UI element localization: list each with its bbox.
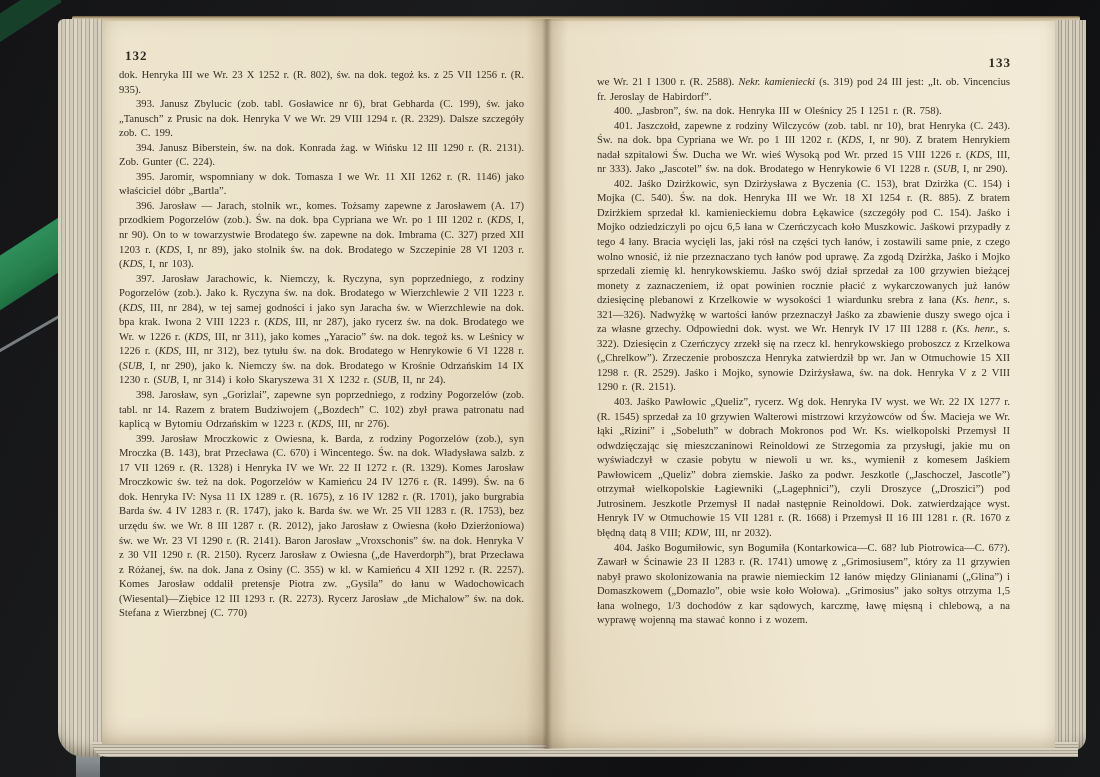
entry-paragraph: 393. Janusz Zbylucic (zob. tabl. Gosławi… xyxy=(119,98,524,142)
page-number-right: 133 xyxy=(989,55,1012,71)
entry-paragraph: 400. „Jasbron”, św. na dok. Henryka III … xyxy=(597,105,1010,120)
entry-paragraph: 404. Jaśko Bogumiłowic, syn Bogumiła (Ko… xyxy=(597,542,1010,629)
right-page: 133 we Wr. 21 I 1300 r. (R. 2588). Nekr.… xyxy=(546,21,1055,748)
entry-paragraph: dok. Henryka III we Wr. 23 X 1252 r. (R.… xyxy=(119,69,524,98)
book-right-page-edges xyxy=(1055,20,1086,751)
entry-paragraph: 399. Jarosław Mroczkowic z Owiesna, k. B… xyxy=(119,433,524,622)
entry-paragraph: 401. Jaszczołd, zapewne z rodziny Wilczy… xyxy=(597,120,1010,178)
entry-paragraph: we Wr. 21 I 1300 r. (R. 2588). Nekr. kam… xyxy=(597,76,1010,105)
entry-paragraph: 397. Jarosław Jarachowic, k. Niemczy, k.… xyxy=(119,273,524,389)
page-number-left: 132 xyxy=(125,48,148,64)
left-page-text-block: dok. Henryka III we Wr. 23 X 1252 r. (R.… xyxy=(119,69,524,622)
right-page-text-block: we Wr. 21 I 1300 r. (R. 2588). Nekr. kam… xyxy=(597,76,1010,629)
entry-paragraph: 395. Jaromir, wspomniany w dok. Tomasza … xyxy=(119,171,524,200)
entry-paragraph: 396. Jarosław — Jarach, stolnik wr., kom… xyxy=(119,200,524,273)
left-page: 132 dok. Henryka III we Wr. 23 X 1252 r.… xyxy=(102,21,546,744)
background-green-stripe-top xyxy=(0,0,62,52)
book-left-page-edges xyxy=(58,19,102,757)
entry-paragraph: 394. Janusz Biberstein, św. na dok. Konr… xyxy=(119,142,524,171)
entry-paragraph: 402. Jaśko Dzirżkowic, syn Dzirżysława z… xyxy=(597,178,1010,396)
entry-paragraph: 398. Jarosław, syn „Gorizlai”, zapewne s… xyxy=(119,389,524,433)
open-book: 132 dok. Henryka III we Wr. 23 X 1252 r.… xyxy=(58,16,1086,757)
entry-paragraph: 403. Jaśko Pawłowic „Queliz”, rycerz. Wg… xyxy=(597,396,1010,541)
photo-of-open-book: 132 dok. Henryka III we Wr. 23 X 1252 r.… xyxy=(0,0,1100,777)
background-grey-tab xyxy=(76,756,100,777)
